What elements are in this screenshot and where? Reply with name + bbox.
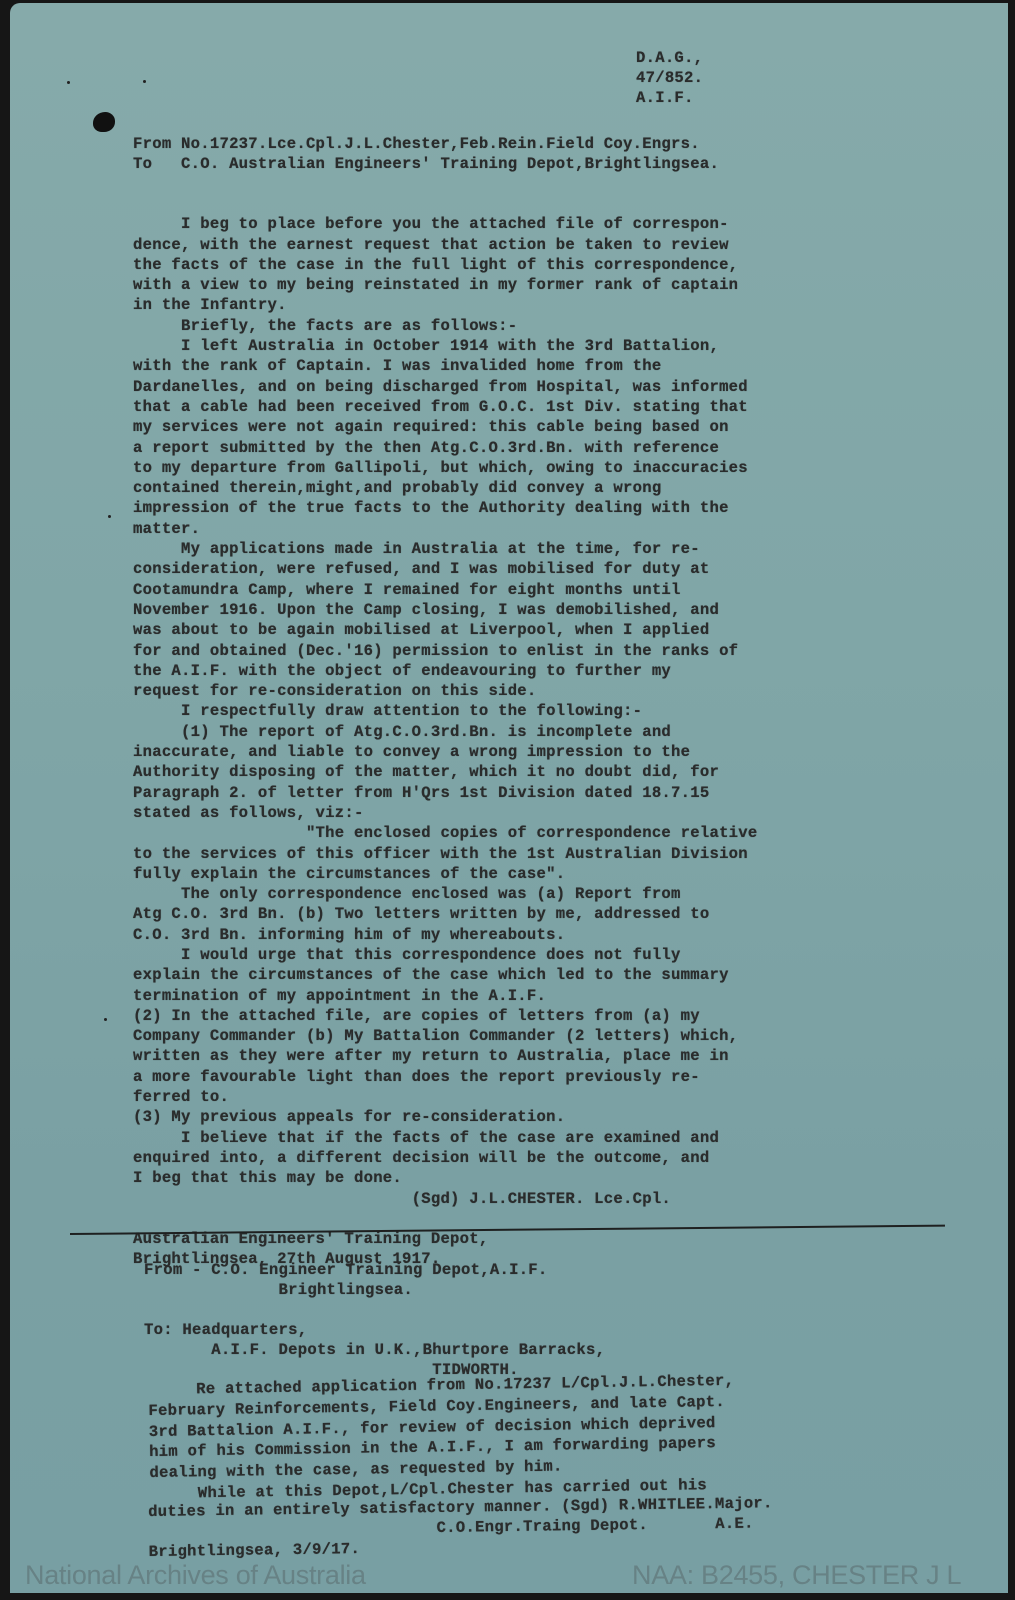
address-line: A.I.F. Depots in U.K.,Bhurtpore Barracks…	[144, 1340, 605, 1360]
address-line: To: Headquarters,	[144, 1320, 605, 1340]
archive-watermark: National Archives of Australia	[25, 1560, 366, 1591]
text-line: C.O. 3rd Bn. informing him of my whereab…	[133, 925, 758, 945]
text-line: (2) In the attached file, are copies of …	[133, 1006, 758, 1026]
text-line: (1) The report of Atg.C.O.3rd.Bn. is inc…	[133, 722, 758, 742]
text-line: (3) My previous appeals for re-considera…	[133, 1107, 758, 1127]
file-reference: D.A.G.,47/852.A.I.F.	[636, 48, 703, 108]
text-line: I beg to place before you the attached f…	[133, 214, 758, 234]
text-line: was about to be again mobilised at Liver…	[133, 620, 758, 640]
reference-line: D.A.G.,	[636, 48, 703, 68]
paper-speck	[104, 1018, 107, 1021]
address-line	[144, 1300, 605, 1320]
reference-line: 47/852.	[636, 68, 703, 88]
text-line	[133, 194, 758, 214]
text-line: matter.	[133, 519, 758, 539]
text-line: for and obtained (Dec.'16) permission to…	[133, 641, 758, 661]
text-line: a more favourable light than does the re…	[133, 1067, 758, 1087]
letter1-header: From No.17237.Lce.Cpl.J.L.Chester,Feb.Re…	[133, 134, 719, 174]
text-line: I beg that this may be done.	[133, 1168, 758, 1188]
text-line: to the services of this officer with the…	[133, 844, 758, 864]
text-line: Atg C.O. 3rd Bn. (b) Two letters written…	[133, 904, 758, 924]
text-line: a report submitted by the then Atg.C.O.3…	[133, 438, 758, 458]
text-line: My applications made in Australia at the…	[133, 539, 758, 559]
text-line: "The enclosed copies of correspondence r…	[133, 823, 758, 843]
text-line: the A.I.F. with the object of endeavouri…	[133, 661, 758, 681]
letter1-body: I beg to place before you the attached f…	[133, 194, 758, 1270]
paper-speck	[67, 81, 70, 84]
text-line: Briefly, the facts are as follows:-	[133, 316, 758, 336]
text-line: that a cable had been received from G.O.…	[133, 397, 758, 417]
text-line: the facts of the case in the full light …	[133, 255, 758, 275]
text-line: consideration, were refused, and I was m…	[133, 559, 758, 579]
text-line: dence, with the earnest request that act…	[133, 235, 758, 255]
text-line: I left Australia in October 1914 with th…	[133, 336, 758, 356]
text-line: explain the circumstances of the case wh…	[133, 965, 758, 985]
address-line: To C.O. Australian Engineers' Training D…	[133, 154, 719, 174]
text-line: I would urge that this correspondence do…	[133, 945, 758, 965]
text-line: stated as follows, viz:-	[133, 803, 758, 823]
text-line: November 1916. Upon the Camp closing, I …	[133, 600, 758, 620]
text-line: my services were not again required: thi…	[133, 417, 758, 437]
text-line: written as they were after my return to …	[133, 1046, 758, 1066]
address-line: From - C.O. Engineer Training Depot,A.I.…	[144, 1260, 605, 1280]
letter2-closing: duties in an entirely satisfactory manne…	[148, 1493, 773, 1562]
text-line: The only correspondence enclosed was (a)…	[133, 884, 758, 904]
text-line: enquired into, a different decision will…	[133, 1148, 758, 1168]
reference-line: A.I.F.	[636, 88, 703, 108]
text-line: impression of the true facts to the Auth…	[133, 498, 758, 518]
letter2-header: From - C.O. Engineer Training Depot,A.I.…	[144, 1260, 605, 1380]
punch-hole	[93, 112, 115, 132]
text-line: with a view to my being reinstated in my…	[133, 275, 758, 295]
text-line: request for re-consideration on this sid…	[133, 681, 758, 701]
address-line: Brightlingsea.	[144, 1280, 605, 1300]
address-line: From No.17237.Lce.Cpl.J.L.Chester,Feb.Re…	[133, 134, 719, 154]
text-line: contained therein,might,and probably did…	[133, 478, 758, 498]
paper-speck	[108, 515, 111, 518]
letter2-body: Re attached application from No.17237 L/…	[148, 1371, 736, 1505]
text-line: Authority disposing of the matter, which…	[133, 762, 758, 782]
paper-speck	[143, 80, 146, 83]
text-line: ferred to.	[133, 1087, 758, 1107]
text-line: fully explain the circumstances of the c…	[133, 864, 758, 884]
text-line: I believe that if the facts of the case …	[133, 1128, 758, 1148]
text-line: Company Commander (b) My Battalion Comma…	[133, 1026, 758, 1046]
text-line: termination of my appointment in the A.I…	[133, 986, 758, 1006]
text-line: with the rank of Captain. I was invalide…	[133, 356, 758, 376]
text-line: (Sgd) J.L.CHESTER. Lce.Cpl.	[133, 1189, 758, 1209]
text-line: to my departure from Gallipoli, but whic…	[133, 458, 758, 478]
text-line: Dardanelles, and on being discharged fro…	[133, 377, 758, 397]
text-line: Paragraph 2. of letter from H'Qrs 1st Di…	[133, 783, 758, 803]
text-line: inaccurate, and liable to convey a wrong…	[133, 742, 758, 762]
text-line	[133, 1209, 758, 1229]
archive-reference-watermark: NAA: B2455, CHESTER J L	[632, 1560, 961, 1591]
text-line: Cootamundra Camp, where I remained for e…	[133, 580, 758, 600]
text-line: I respectfully draw attention to the fol…	[133, 701, 758, 721]
text-line: in the Infantry.	[133, 295, 758, 315]
